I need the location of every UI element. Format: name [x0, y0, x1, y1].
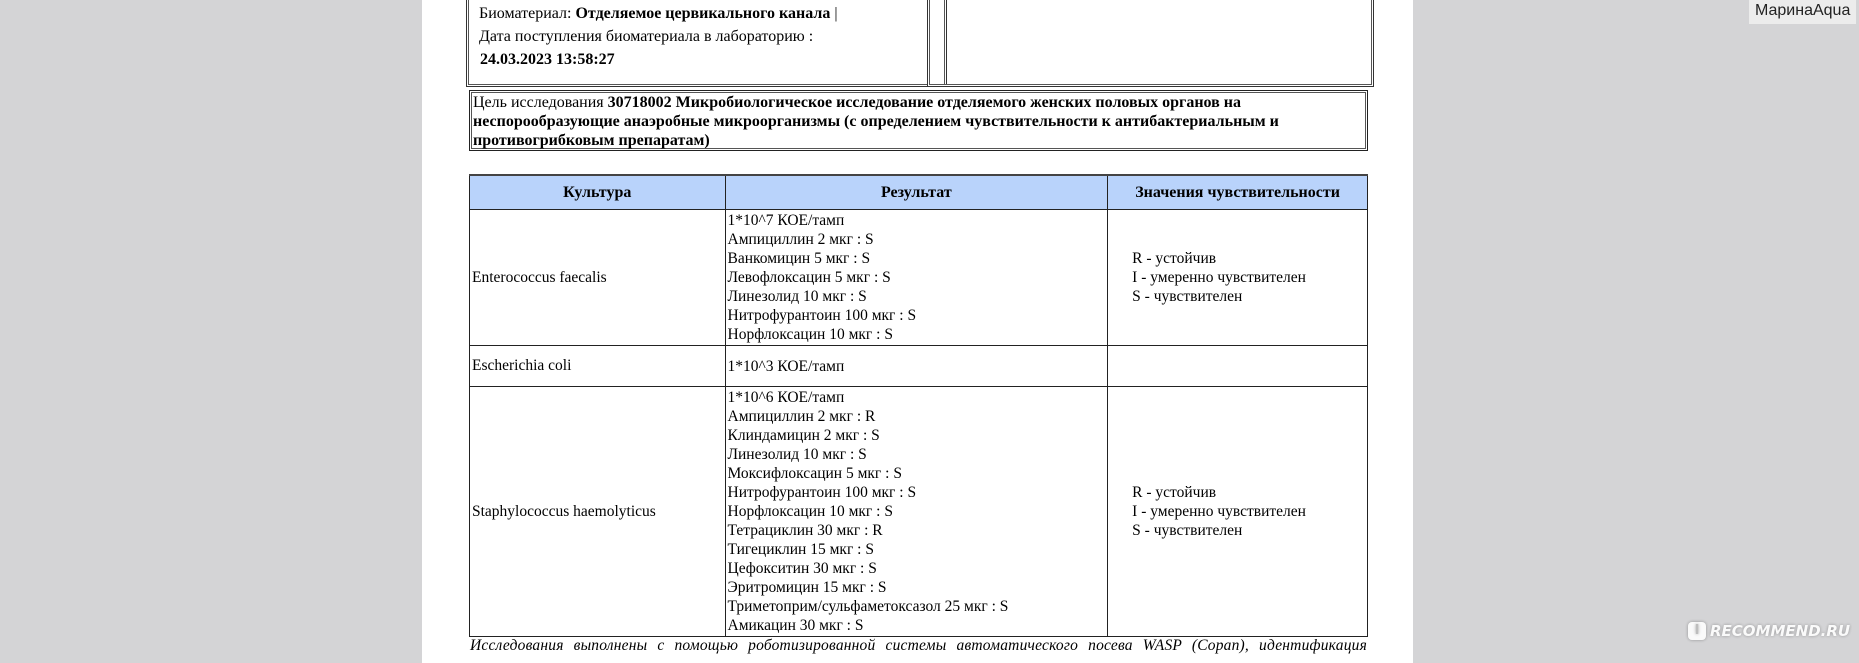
table-row: Escherichia coli1*10^3 КОЕ/тамп: [470, 346, 1368, 387]
antibiotic-result: Тигециклин 15 мкг : S: [728, 540, 1106, 559]
info-box-right: [927, 0, 1374, 87]
result-cell: 1*10^3 КОЕ/тамп: [725, 346, 1108, 387]
received-date: 24.03.2023 13:58:27: [480, 51, 615, 69]
antibiotic-result: Клиндамицин 2 мкг : S: [728, 426, 1106, 445]
biomaterial-line: Биоматериал: Отделяемое цервикального ка…: [479, 5, 838, 23]
header-sensitivity: Значения чувствительности: [1108, 175, 1368, 210]
antibiotic-result: Эритромицин 15 мкг : S: [728, 578, 1106, 597]
culture-cell: Staphylococcus haemolyticus: [470, 387, 726, 637]
antibiotic-result: Цефокситин 30 мкг : S: [728, 559, 1106, 578]
legend-item: I - умеренно чувствителен: [1132, 268, 1365, 287]
colony-count: 1*10^6 КОЕ/тамп: [728, 388, 1106, 407]
legend-item: R - устойчив: [1132, 249, 1365, 268]
table-row: Staphylococcus haemolyticus1*10^6 КОЕ/та…: [470, 387, 1368, 637]
colony-count: 1*10^7 КОЕ/тамп: [728, 211, 1106, 230]
goal-label: Цель исследования: [473, 94, 608, 111]
antibiotic-result: Ампициллин 2 мкг : R: [728, 407, 1106, 426]
sensitivity-legend-cell: R - устойчивI - умеренно чувствителенS -…: [1108, 210, 1368, 346]
antibiotic-result: Триметоприм/сульфаметоксазол 25 мкг : S: [728, 597, 1106, 616]
results-table: Культура Результат Значения чувствительн…: [469, 174, 1368, 637]
legend-item: S - чувствителен: [1132, 287, 1365, 306]
legend-item: S - чувствителен: [1132, 521, 1365, 540]
culture-cell: Escherichia coli: [470, 346, 726, 387]
recommend-logo-icon: I: [1688, 622, 1706, 640]
antibiotic-result: Линезолид 10 мкг : S: [728, 287, 1106, 306]
antibiotic-result: Моксифлоксацин 5 мкг : S: [728, 464, 1106, 483]
antibiotic-result: Норфлоксацин 10 мкг : S: [728, 502, 1106, 521]
patient-info-box: Биоматериал: Отделяемое цервикального ка…: [466, 0, 947, 87]
footnote: Исследования выполнены с помощью роботиз…: [470, 637, 1367, 655]
header-culture: Культура: [470, 175, 726, 210]
antibiotic-result: Норфлоксацин 10 мкг : S: [728, 325, 1106, 344]
sensitivity-legend-cell: [1108, 346, 1368, 387]
document-page: Биоматериал: Отделяемое цервикального ка…: [422, 0, 1413, 663]
antibiotic-result: Амикацин 30 мкг : S: [728, 616, 1106, 635]
antibiotic-result: Ванкомицин 5 мкг : S: [728, 249, 1106, 268]
result-cell: 1*10^7 КОЕ/тампАмпициллин 2 мкг : SВанко…: [725, 210, 1108, 346]
biomaterial-label: Биоматериал:: [479, 5, 575, 22]
antibiotic-result: Нитрофурантоин 100 мкг : S: [728, 483, 1106, 502]
antibiotic-result: Линезолид 10 мкг : S: [728, 445, 1106, 464]
research-goal: Цель исследования 30718002 Микробиологич…: [473, 93, 1353, 150]
antibiotic-result: Тетрациклин 30 мкг : R: [728, 521, 1106, 540]
colony-count: 1*10^3 КОЕ/тамп: [728, 357, 1106, 376]
received-label: Дата поступления биоматериала в лаборато…: [479, 28, 813, 46]
antibiotic-result: Нитрофурантоин 100 мкг : S: [728, 306, 1106, 325]
research-goal-box: Цель исследования 30718002 Микробиологич…: [469, 90, 1368, 151]
antibiotic-result: Ампициллин 2 мкг : S: [728, 230, 1106, 249]
antibiotic-result: Левофлоксацин 5 мкг : S: [728, 268, 1106, 287]
table-row: Enterococcus faecalis1*10^7 КОЕ/тампАмпи…: [470, 210, 1368, 346]
result-cell: 1*10^6 КОЕ/тампАмпициллин 2 мкг : RКлинд…: [725, 387, 1108, 637]
legend-item: R - устойчив: [1132, 483, 1365, 502]
sensitivity-legend-cell: R - устойчивI - умеренно чувствителенS -…: [1108, 387, 1368, 637]
username-label[interactable]: МаринаAqua: [1749, 0, 1856, 24]
header-result: Результат: [725, 175, 1108, 210]
watermark: I RECOMMEND.RU: [1688, 622, 1850, 640]
table-header-row: Культура Результат Значения чувствительн…: [470, 175, 1368, 210]
biomaterial-suffix: |: [830, 5, 837, 22]
legend-item: I - умеренно чувствителен: [1132, 502, 1365, 521]
watermark-text: RECOMMEND.RU: [1710, 622, 1850, 640]
biomaterial-value: Отделяемое цервикального канала: [575, 5, 830, 22]
culture-cell: Enterococcus faecalis: [470, 210, 726, 346]
